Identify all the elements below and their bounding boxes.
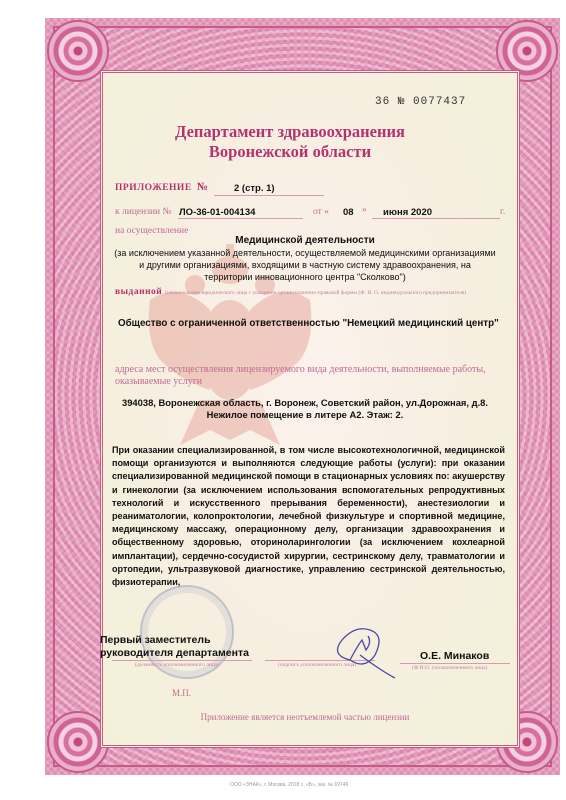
activity-title: Медицинской деятельности [100, 235, 510, 246]
issuer-title-line2: Воронежской области [100, 142, 480, 162]
seal-label: М.П. [172, 688, 191, 698]
date-close-quote: » [362, 205, 367, 215]
license-number-underline [178, 218, 303, 219]
issued-to-label: выданной [115, 287, 162, 297]
printer-imprint: ООО «ЗНАК», г. Москва, 2018 г., «Б», зак… [230, 782, 348, 788]
appendix-underline [214, 195, 324, 196]
position-caption: (должность уполномоченного лица) [135, 662, 219, 668]
addresses-label-line2: оказываемые услуги [115, 376, 202, 387]
footer-note: Приложение является неотъемлемой частью … [100, 712, 510, 722]
activity-note-line2: и другими организациями, входящими в час… [100, 259, 510, 271]
signatory-name: О.Е. Минаков [420, 650, 489, 662]
date-from-label: от « [313, 207, 329, 217]
license-month-year: июня 2020 [383, 207, 432, 218]
signatory-position-line1: Первый заместитель [100, 634, 249, 647]
issued-to-caption: (наименование юридического лица с указан… [165, 290, 505, 297]
organization-name: Общество с ограниченной ответственностью… [118, 318, 499, 329]
name-underline [400, 663, 510, 664]
issuer-title-line1: Департамент здравоохранения [100, 122, 480, 142]
appendix-number-sign: № [197, 181, 209, 193]
address-line2: Нежилое помещение в литере А2. Этаж: 2. [100, 409, 510, 420]
license-number: ЛО-36-01-004134 [179, 207, 255, 218]
name-caption: (Ф.И.О. уполномоченного лица) [412, 665, 487, 671]
services-paragraph: При оказании специализированной, в том ч… [112, 444, 505, 589]
signatory-position: Первый заместитель руководителя департам… [100, 634, 249, 660]
license-day: 08 [343, 207, 354, 218]
appendix-label: ПРИЛОЖЕНИЕ [115, 183, 192, 193]
signatory-position-line2: руководителя департамента [100, 647, 249, 660]
address-line1: 394038, Воронежская область, г. Воронеж,… [100, 397, 510, 408]
activity-note-line3: территории инновационного центра "Сколко… [100, 271, 510, 283]
appendix-number: 2 (стр. 1) [234, 183, 275, 194]
handwritten-signature [320, 600, 400, 680]
license-date-underline [372, 218, 500, 219]
addresses-label-line1: адреса мест осуществления лицензируемого… [115, 364, 486, 375]
year-suffix: г. [500, 207, 505, 217]
activity-note-line1: (за исключением указанной деятельности, … [100, 247, 510, 259]
form-serial-number: 36 № 0077437 [375, 96, 466, 108]
license-label: к лицензии № [115, 207, 172, 217]
position-underline [112, 660, 252, 661]
